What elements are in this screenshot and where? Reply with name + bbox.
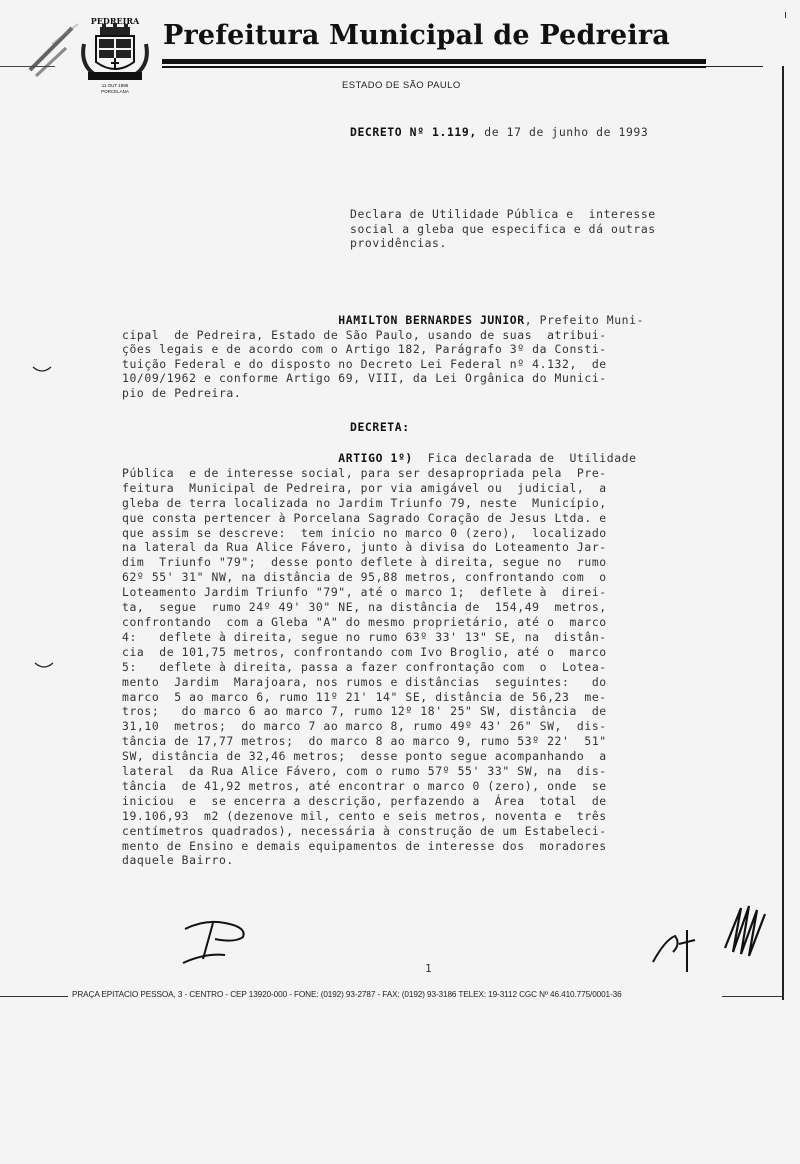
preamble-line: cipal de Pedreira, Estado de São Paulo, … [122, 328, 644, 343]
decree-summary: Declara de Utilidade Pública e interesse… [350, 207, 656, 251]
article-line: na lateral da Rua Alice Fávero, junto à … [122, 540, 637, 555]
article-line: dim Triunfo "79"; desse ponto deflete à … [122, 555, 637, 570]
article-line: tância de 17,77 metros; do marco 8 ao ma… [122, 734, 637, 749]
article-line: ta, segue rumo 24º 49' 30" NE, na distân… [122, 600, 637, 615]
article-line: 4: deflete à direita, segue no rumo 63º … [122, 630, 637, 645]
article-line: confrontando com a Gleba "A" do mesmo pr… [122, 615, 637, 630]
header-rule-thick [162, 59, 706, 64]
decreta-heading: DECRETA: [350, 420, 410, 434]
municipal-crest-icon: PEDREIRA 11 OUT 1896 PORCELANA [76, 14, 154, 96]
preamble-line: tuição Federal e do disposto no Decreto … [122, 357, 644, 372]
preamble-line: 10/09/1962 e conforme Artigo 69, VIII, d… [122, 371, 644, 386]
article-1: ARTIGO 1º) Fica declarada de UtilidadePú… [122, 451, 637, 868]
article-line: mento de Ensino e demais equipamentos de… [122, 839, 637, 854]
page-number: 1 [425, 962, 432, 975]
article-line: que assim se descreve: tem início no mar… [122, 526, 637, 541]
preamble-line: pio de Pedreira. [122, 386, 644, 401]
summary-line: social a gleba que especifica e dá outra… [350, 222, 656, 237]
footer-rule-right [722, 996, 784, 997]
page-border-top [706, 66, 763, 67]
article-line: 5: deflete à direita, passa a fazer conf… [122, 660, 637, 675]
preamble-line: HAMILTON BERNARDES JUNIOR, Prefeito Muni… [122, 313, 644, 328]
article-line: ARTIGO 1º) Fica declarada de Utilidade [122, 451, 637, 466]
letterhead-title: Prefeitura Municipal de Pedreira [163, 20, 670, 51]
article-label: ARTIGO 1º) [338, 451, 413, 465]
article-line: 19.106,93 m2 (dezenove mil, cento e seis… [122, 809, 637, 824]
page-border-right [782, 66, 784, 1000]
article-line: lateral da Rua Alice Fávero, com o rumo … [122, 764, 637, 779]
signature-right [645, 900, 775, 975]
article-line: cia de 101,75 metros, confrontando com I… [122, 645, 637, 660]
article-line: Loteamento Jardim Triunfo "79", até o ma… [122, 585, 637, 600]
svg-text:PORCELANA: PORCELANA [101, 89, 129, 94]
summary-line: providências. [350, 236, 656, 251]
article-line: tância de 41,92 metros, até encontrar o … [122, 779, 637, 794]
article-line: 31,10 metros; do marco 7 ao marco 8, rum… [122, 719, 637, 734]
article-line: tros; do marco 6 ao marco 7, rumo 12º 18… [122, 704, 637, 719]
article-line: gleba de terra localizada no Jardim Triu… [122, 496, 637, 511]
pen-stroke-mark [22, 20, 82, 80]
footer-rule-left [0, 996, 68, 997]
article-line: daquele Bairro. [122, 853, 637, 868]
svg-text:11 OUT 1896: 11 OUT 1896 [102, 83, 129, 88]
article-line: 62º 55' 31" NW, na distância de 95,88 me… [122, 570, 637, 585]
decree-number: DECRETO Nº 1.119, [350, 125, 477, 139]
article-line: mento Jardim Marajoara, nos rumos e dist… [122, 675, 637, 690]
article-line: centímetros quadrados), necessária à con… [122, 824, 637, 839]
punch-hole-mark [32, 366, 52, 374]
page-border-top-left [0, 66, 55, 67]
article-line: iniciou e se encerra a descrição, perfaz… [122, 794, 637, 809]
mayor-name: HAMILTON BERNARDES JUNIOR [338, 313, 524, 327]
decree-date: de 17 de junho de 1993 [477, 125, 649, 139]
article-line: marco 5 ao marco 6, rumo 11º 21' 14" SE,… [122, 690, 637, 705]
article-line: que consta pertencer à Porcelana Sagrado… [122, 511, 637, 526]
signature-initials-left [175, 915, 255, 970]
header-rule-thin [162, 66, 706, 68]
article-line: feitura Municipal de Pedreira, por via a… [122, 481, 637, 496]
preamble-line: ções legais e de acordo com o Artigo 182… [122, 342, 644, 357]
document-page: PEDREIRA 11 OUT 1896 PORCELANA Prefeitur… [0, 0, 800, 1164]
decree-preamble: HAMILTON BERNARDES JUNIOR, Prefeito Muni… [122, 313, 644, 401]
corner-tick-mark [785, 12, 786, 18]
punch-hole-mark [34, 662, 54, 670]
letterhead-footer-address: PRAÇA EPITACIO PESSOA, 3 - CENTRO - CEP … [72, 990, 622, 999]
letterhead-state: ESTADO DE SÃO PAULO [342, 80, 461, 91]
article-line: Pública e de interesse social, para ser … [122, 466, 637, 481]
article-line: SW, distância de 32,46 metros; desse pon… [122, 749, 637, 764]
summary-line: Declara de Utilidade Pública e interesse [350, 207, 656, 222]
decree-title: DECRETO Nº 1.119, de 17 de junho de 1993 [350, 125, 648, 139]
